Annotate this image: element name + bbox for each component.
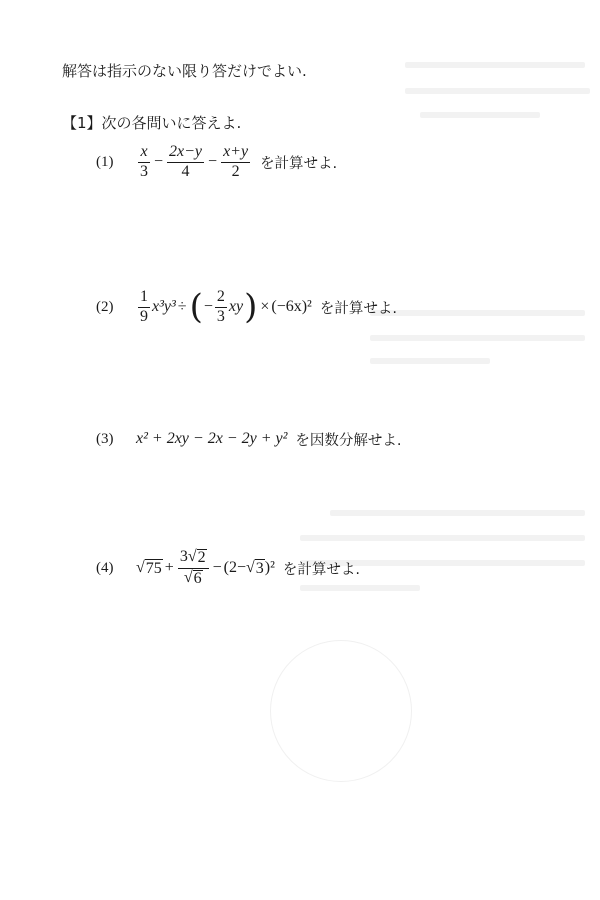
fraction: 2x−y4 [167, 144, 204, 181]
problem-4: (4) √75 + 3√2 √6 − (2− √3 )² を計算せよ. [96, 545, 360, 591]
problem-3: (3) x² + 2xy − 2x − 2y + y² を因数分解せよ. [96, 427, 402, 451]
problem-number: (1) [96, 154, 136, 171]
problem-2: (2) 19 x³y³ ÷ ( − 23 xy ) × (−6x)² を計算せよ… [96, 285, 397, 329]
paren-close: ) [244, 290, 257, 324]
fraction: 19 [138, 289, 150, 326]
problem-instruction: を計算せよ. [260, 152, 337, 173]
square-root: √75 [136, 559, 163, 578]
answer-instruction: 解答は指示のない限り答だけでよい. [62, 60, 307, 81]
fraction: 3√2 √6 [178, 549, 209, 588]
problem-number: (2) [96, 299, 136, 316]
problem-number: (4) [96, 560, 136, 577]
section-heading: 【1】次の各問いに答えよ. [62, 112, 241, 133]
problem-instruction: を計算せよ. [320, 297, 397, 318]
fraction: x3 [138, 144, 150, 181]
section-label: 【1】 [62, 114, 102, 132]
problem-number: (3) [96, 431, 136, 448]
fraction: 23 [215, 289, 227, 326]
section-title: 次の各問いに答えよ. [102, 114, 242, 132]
problem-instruction: を計算せよ. [283, 558, 360, 579]
square-root: √3 [246, 559, 265, 578]
paren-open: ( [190, 290, 203, 324]
fraction: x+y2 [221, 144, 250, 181]
expression: x² + 2xy − 2x − 2y + y² [136, 430, 287, 448]
problem-1: (1) x3 − 2x−y4 − x+y2 を計算せよ. [96, 140, 337, 184]
problem-instruction: を因数分解せよ. [295, 429, 401, 450]
